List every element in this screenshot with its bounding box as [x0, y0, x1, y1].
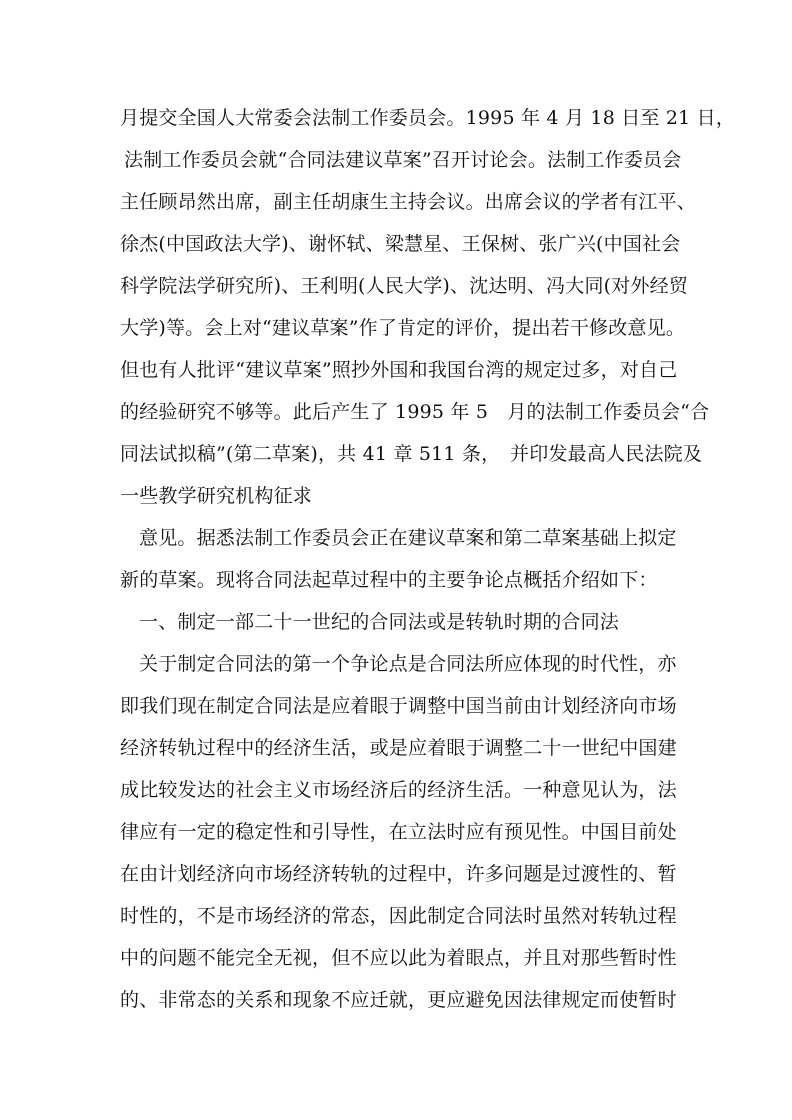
text-line: 中的问题不能完全无视，但不应以此为着眼点，并且对那些暂时性 — [120, 946, 677, 970]
text-line: 月提交全国人大常委会法制工作委员会。1995 年 4 月 18 日至 21 日， — [120, 106, 735, 130]
text-line: 在由计划经济向市场经济转轨的过程中，许多问题是过渡性的、暂 — [120, 862, 677, 886]
text-line: 法制工作委员会就“合同法建议草案”召开讨论会。法制工作委员会 — [124, 148, 681, 172]
text-line: 新的草案。现将合同法起草过程中的主要争论点概括介绍如下： — [120, 568, 658, 592]
text-line: 科学院法学研究所)、王利明(人民大学)、沈达明、冯大同(对外经贸 — [120, 274, 688, 298]
text-line: 经济转轨过程中的经济生活，或是应着眼于调整二十一世纪中国建 — [120, 736, 677, 760]
text-line: 同法试拟稿”(第二草案)，共 41 章 511 条， 并印发最高人民法院及 — [120, 442, 702, 466]
text-line: 成比较发达的社会主义市场经济后的经济生活。一种意见认为，法 — [120, 778, 677, 802]
section-heading: 一、制定一部二十一世纪的合同法或是转轨时期的合同法 — [139, 610, 619, 634]
text-line: 主任顾昂然出席，副主任胡康生主持会议。出席会议的学者有江平、 — [120, 190, 696, 214]
document-page: 月提交全国人大常委会法制工作委员会。1995 年 4 月 18 日至 21 日，… — [0, 0, 792, 1120]
text-line: 的经验研究不够等。此后产生了 1995 年 5 月的法制工作委员会“合 — [120, 400, 709, 424]
text-line: 一些教学研究机构征求 — [120, 484, 312, 508]
text-line: 的、非常态的关系和现象不应迁就，更应避免因法律规定而使暂时 — [120, 988, 677, 1012]
text-line: 即我们现在制定合同法是应着眼于调整中国当前由计划经济向市场 — [120, 694, 677, 718]
text-line: 时性的，不是市场经济的常态，因此制定合同法时虽然对转轨过程 — [120, 904, 677, 928]
text-line: 但也有人批评“建议草案”照抄外国和我国台湾的规定过多，对自己 — [120, 358, 677, 382]
text-line: 大学)等。会上对“建议草案”作了肯定的评价，提出若干修改意见。 — [120, 316, 685, 340]
paragraph-start-line: 关于制定合同法的第一个争论点是合同法所应体现的时代性，亦 — [139, 652, 677, 676]
paragraph-start-line: 意见。据悉法制工作委员会正在建议草案和第二草案基础上拟定 — [139, 526, 677, 550]
text-line: 律应有一定的稳定性和引导性，在立法时应有预见性。中国目前处 — [120, 820, 677, 844]
text-line: 徐杰(中国政法大学)、谢怀轼、梁慧星、王保树、张广兴(中国社会 — [120, 232, 680, 256]
